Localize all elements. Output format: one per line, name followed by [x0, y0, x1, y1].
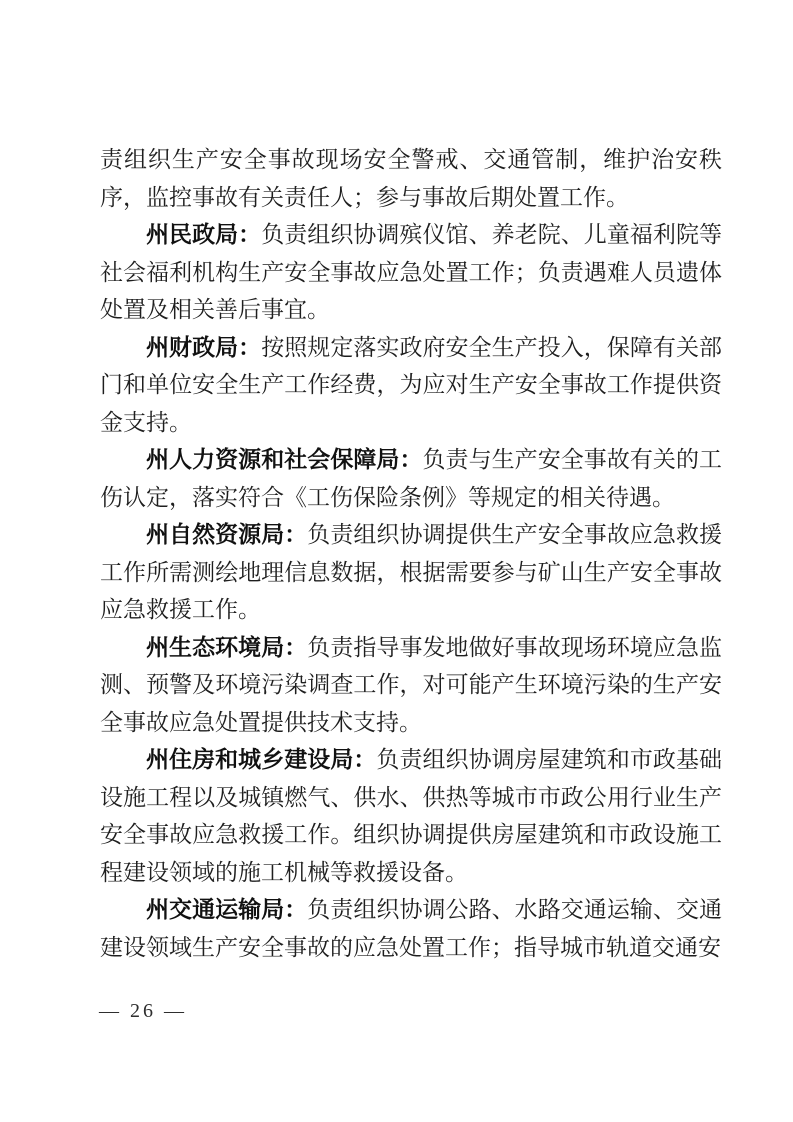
document-page: 责组织生产安全事故现场安全警戒、交通管制，维护治安秩序，监控事故有关责任人；参与… [0, 0, 793, 1122]
paragraph-human-resources: 州人力资源和社会保障局：负责与生产安全事故有关的工伤认定，落实符合《工伤保险条例… [100, 441, 722, 516]
paragraph-finance: 州财政局：按照规定落实政府安全生产投入，保障有关部门和单位安全生产工作经费，为应… [100, 329, 722, 442]
department-name: 州人力资源和社会保障局： [146, 446, 423, 472]
paragraph-body: 责组织生产安全事故现场安全警戒、交通管制，维护治安秩序，监控事故有关责任人；参与… [100, 147, 722, 210]
paragraph-civil-affairs: 州民政局：负责组织协调殡仪馆、养老院、儿童福利院等社会福利机构生产安全事故应急处… [100, 216, 722, 329]
page-number: — 26 — [99, 1000, 187, 1023]
department-name: 州住房和城乡建设局： [146, 746, 376, 772]
paragraph-transportation: 州交通运输局：负责组织协调公路、水路交通运输、交通建设领域生产安全事故的应急处置… [100, 891, 722, 966]
department-name: 州自然资源局： [146, 521, 307, 547]
paragraph-housing-construction: 州住房和城乡建设局：负责组织协调房屋建筑和市政基础设施工程以及城镇燃气、供水、供… [100, 741, 722, 891]
department-name: 州财政局： [146, 334, 261, 360]
paragraph-natural-resources: 州自然资源局：负责组织协调提供生产安全事故应急救援工作所需测绘地理信息数据，根据… [100, 516, 722, 629]
department-name: 州交通运输局： [146, 896, 307, 922]
department-name: 州民政局： [146, 221, 261, 247]
paragraph-continuation: 责组织生产安全事故现场安全警戒、交通管制，维护治安秩序，监控事故有关责任人；参与… [100, 141, 722, 216]
paragraph-ecology-environment: 州生态环境局：负责指导事发地做好事故现场环境应急监测、预警及环境污染调查工作，对… [100, 629, 722, 742]
department-name: 州生态环境局： [146, 634, 307, 660]
body-text: 责组织生产安全事故现场安全警戒、交通管制，维护治安秩序，监控事故有关责任人；参与… [100, 141, 722, 966]
